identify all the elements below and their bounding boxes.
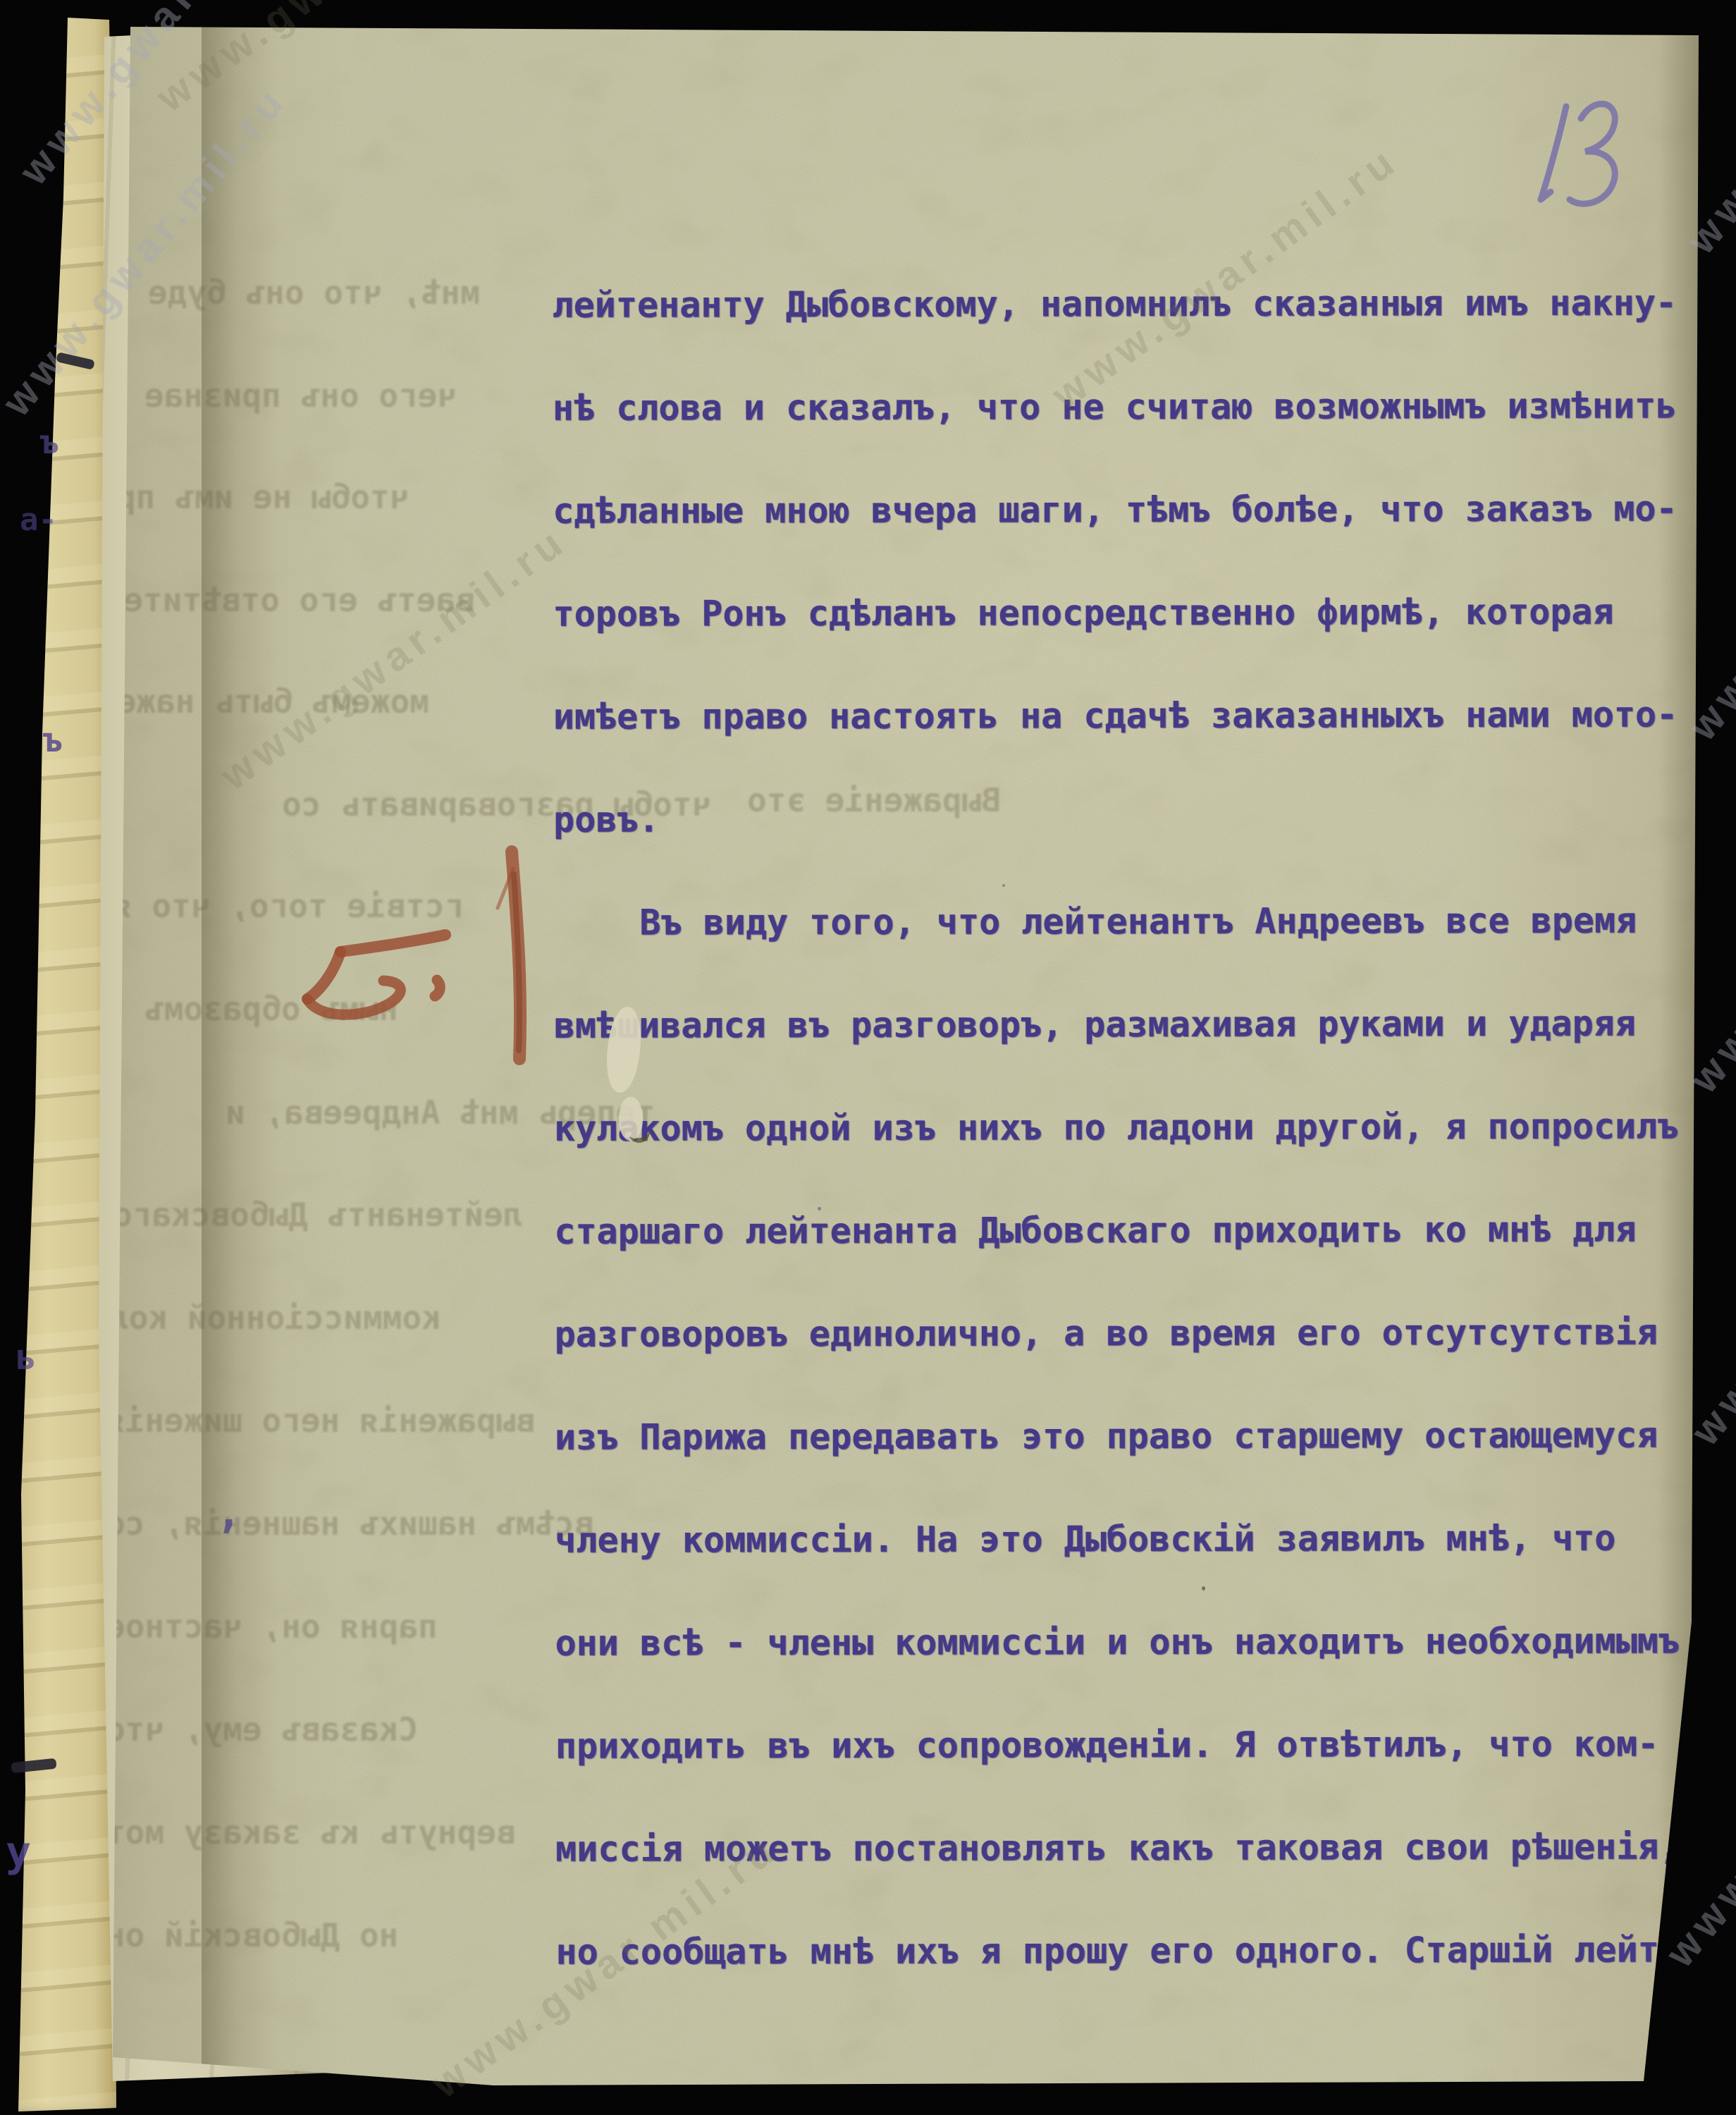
speck [671, 1753, 674, 1755]
scanned-document: мнѣ, что онъ буде чего онъ признае чтобы… [0, 0, 1736, 2115]
document-page: мнѣ, что онъ буде чего онъ признае чтобы… [0, 0, 1736, 2115]
ghost-line: нымъ образомъ [144, 993, 398, 1025]
ghost-line: всѣмъ нашихъ нашненія, со [106, 1507, 593, 1540]
typed-line: они всѣ - члены коммиссіи и онъ находитъ… [555, 1589, 1736, 1695]
ghost-line: чего онъ признае [144, 379, 457, 412]
ghost-line: выраженія него шиженія [106, 1404, 535, 1437]
edge-letter: ъ [39, 423, 59, 461]
typed-line: приходить въ ихъ сопровожденіи. Я отвѣти… [555, 1692, 1736, 1798]
typed-text-block: лейтенанту Дыбовскому, напомнилъ сказанн… [552, 251, 1736, 2004]
typed-line: ровъ. [553, 766, 1736, 871]
speck [1002, 884, 1005, 887]
ghost-line: но Дыбовскій он [106, 1919, 398, 1951]
edge-letter: у [6, 1827, 31, 1877]
ghost-line: вернуть къ заказу мот [106, 1816, 516, 1849]
typed-line: старшаго лейтенанта Дыбовскаго приходить… [554, 1177, 1736, 1283]
typed-line: сдѣланные мною вчера шаги, тѣмъ болѣе, ч… [553, 457, 1736, 563]
speck [1202, 1586, 1205, 1590]
typed-line: вмѣшивался въ разговоръ, размахивая рука… [554, 971, 1736, 1077]
edge-letter: , [216, 1486, 242, 1538]
edge-letter: а- [20, 502, 57, 538]
typed-line: имѣетъ право настоять на сдачѣ заказанны… [553, 663, 1736, 768]
ghost-line: лейтенантъ Дыбовскаго [113, 1198, 523, 1231]
edge-letter: ъ [42, 721, 63, 760]
typed-line: торовъ Ронъ сдѣланъ непосредственно фирм… [553, 560, 1736, 666]
speck [818, 1207, 821, 1210]
ghost-line: мнѣ, что онъ буде [148, 276, 480, 309]
typed-line: но сообщать мнѣ ихъ я прошу его одного. … [555, 1898, 1736, 2004]
edge-letter: ь [16, 1337, 37, 1378]
ghost-line: гствіе того, что я [113, 890, 464, 922]
ghost-line: Сказавъ ему, что [106, 1713, 418, 1746]
ghost-line: коммиссіонной кол [109, 1301, 441, 1334]
typed-line-paragraph-start: Въ виду того, что лейтенантъ Андреевъ вс… [553, 869, 1736, 974]
ghost-line: парня он, частное [106, 1610, 438, 1643]
typed-line: разговоровъ единолично, а во время его о… [554, 1280, 1736, 1386]
typed-line: кулакомъ одной изъ нихъ по ладони другой… [554, 1074, 1736, 1180]
ghost-line: чтобы не имъ пр [116, 481, 409, 513]
typed-line: нѣ слова и сказалъ, что не считаю возмож… [553, 354, 1736, 460]
fold-shadow [202, 0, 279, 2115]
typed-line: изъ Парижа передавать это право старшему… [555, 1383, 1736, 1489]
typed-line: члену коммиссіи. На это Дыбовскій заявил… [555, 1486, 1736, 1592]
